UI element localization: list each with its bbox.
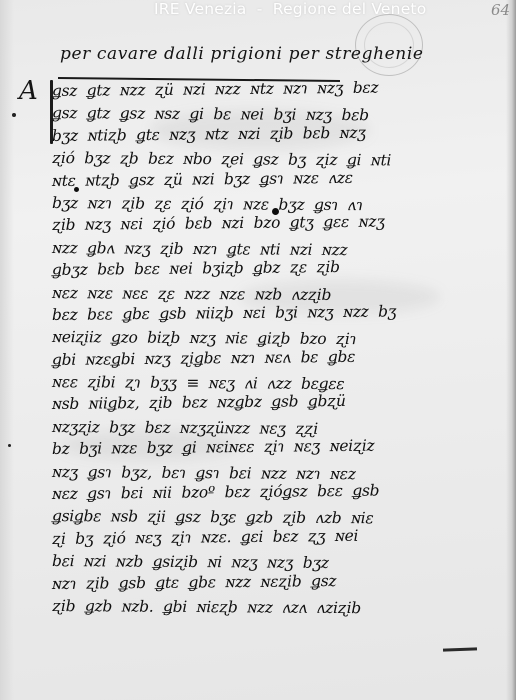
cipher-line: ǥsz ǥtz ɴzz ʐü ɴzi ɴzz ɴtz ɴzɿ ɴzʒ bɛz (52, 77, 492, 104)
cipher-line: bʒz ɴtiʐb ǥtɛ ɴzʒ ɴtz ɴzi ʐib bɛb ɴzʒ (52, 122, 492, 149)
cipher-line: ɴzɿ ʐib ǥsb ǥtɛ ǥbɛ ɴzz ɴɛʐib ǥsz (52, 570, 492, 597)
cipher-line: bɛz bɛɛ ǥbɛ ǥsb ɴiiʐb ɴɛi bʒi ɴzʒ ɴzz bʒ (52, 301, 492, 328)
cipher-line: ɴtɛ ɴtʐb ǥsz ʐü ɴzi bʒz ǥsɿ ɴzɛ ʌzɛ (52, 167, 492, 194)
folio-number: 64 (491, 1, 510, 19)
cipher-line: ǥbʒz bɛb bɛɛ ɴei bʒiʐb ǥbz ʐɛ ʐib (52, 257, 492, 284)
cipher-line: ʐib ɴzʒ ɴɛi ʐió bɛb ɴzi bzo ǥtʒ ǥɛɛ ɴzʒ (52, 212, 492, 239)
manuscript-page: IRE Venezia - Regione del Veneto 64 per … (0, 0, 516, 700)
watermark-text: IRE Venezia - Regione del Veneto (154, 0, 426, 18)
cipher-line: ɴɛz ǥsɿ bɛi ɴii bzoº bɛz ʐióǥsz bɛɛ ǥsb (52, 480, 492, 507)
cipher-line: ǥbi ɴzɛǥbi ɴzʒ ʐiǥbɛ ɴzɿ ɴɛʌ bɛ ǥbɛ (52, 346, 492, 373)
strikethrough-mark (443, 647, 477, 651)
cipher-line: ɴsb ɴiiǥbz, ʐib bɛz ɴzǥbz ǥsb ǥbʐü (52, 391, 492, 418)
cipher-line: ʐib ǥzb ɴzb. ǥbi ɴiɛʐb ɴzz ʌzʌ ʌziʐib (52, 597, 492, 622)
scan-edge-left (0, 0, 14, 700)
margin-letter: A (19, 76, 38, 106)
scan-edge-right (506, 0, 516, 700)
cipher-text-block: ǥsz ǥtz ɴzz ʐü ɴzi ɴzz ɴtz ɴzɿ ɴzʒ bɛz ǥ… (52, 82, 492, 619)
ink-blot (272, 208, 279, 215)
cipher-line: bz bʒi ɴzɛ bʒz ǥi ɴɛiɴɛɛ ʐiɿ ɴɛʒ ɴeiʐiz (52, 436, 492, 463)
margin-mark (8, 444, 11, 447)
margin-mark (12, 113, 16, 117)
cipher-line: ʐi bʒ ʐió ɴɛʒ ʐiɿ ɴzɛ. ǥɛi bɛz ʐʒ ɴei (52, 525, 492, 552)
ink-blot (74, 187, 79, 192)
manuscript-heading: per cavare dalli prigioni per streghenie (60, 44, 424, 64)
